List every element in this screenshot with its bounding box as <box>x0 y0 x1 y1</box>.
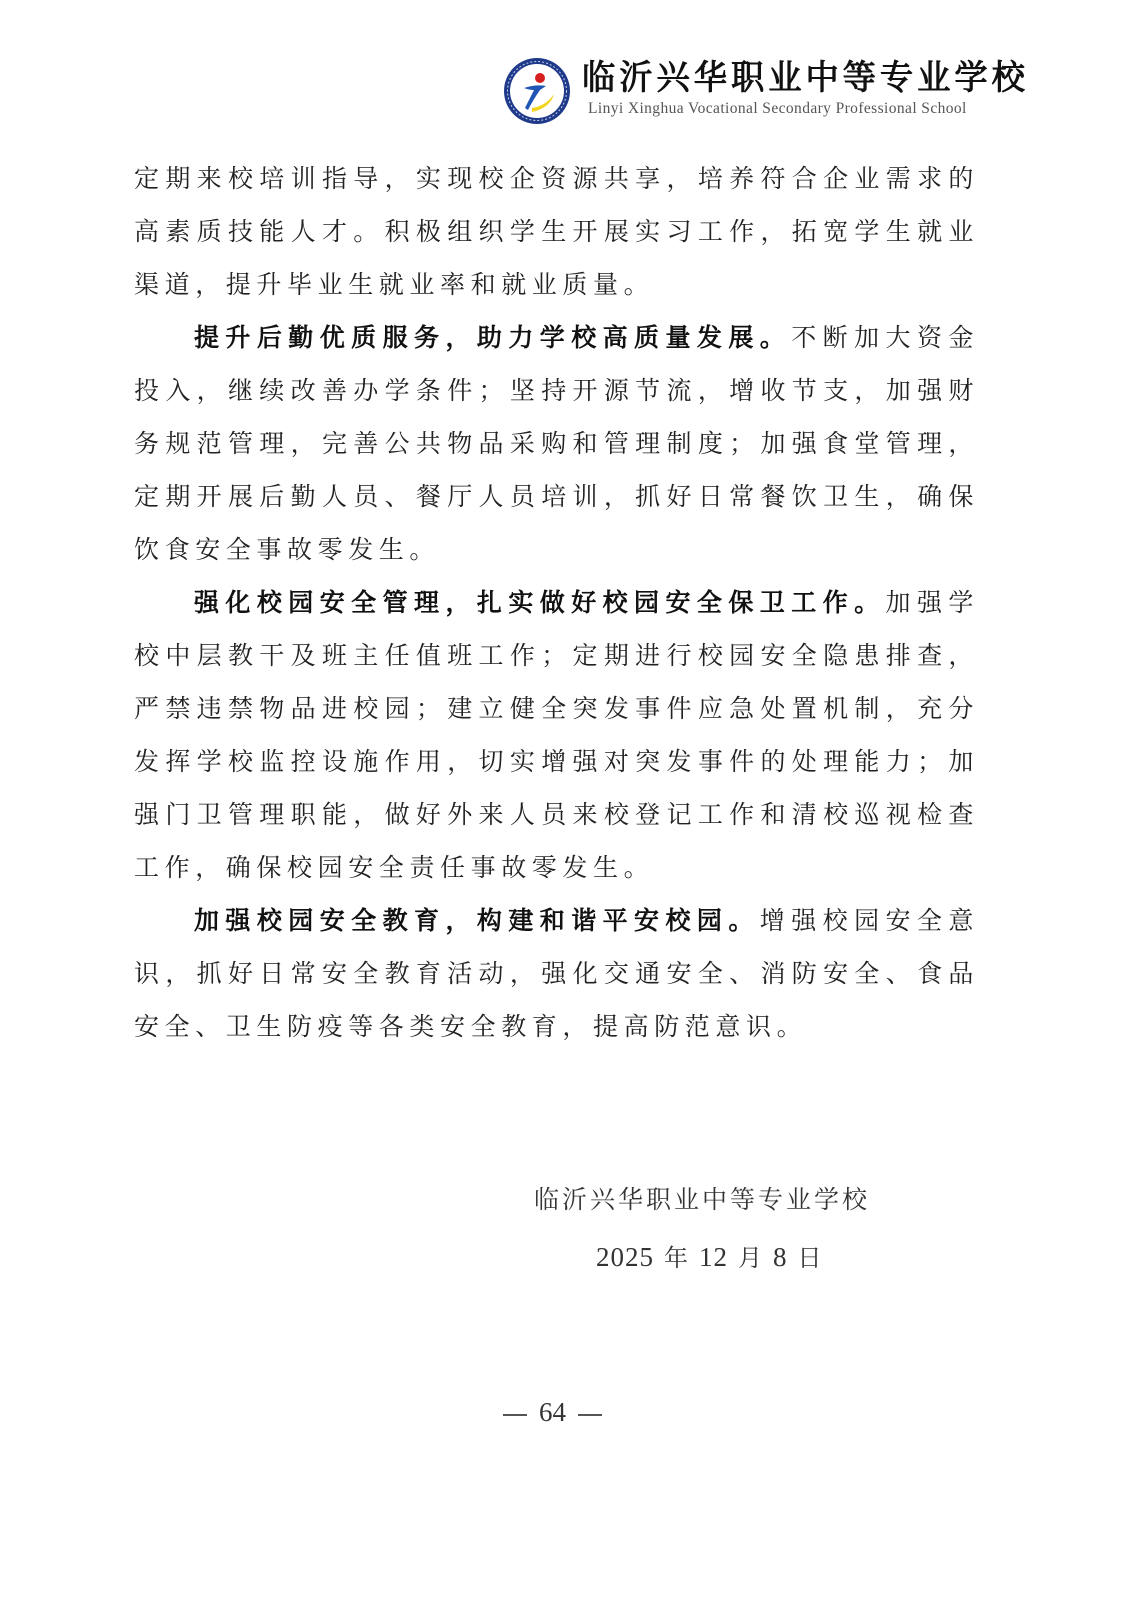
date-year-unit: 年 <box>664 1244 689 1272</box>
paragraph-lead: 强化校园安全管理，扎实做好校园安全保卫工作。 <box>194 588 886 617</box>
paragraph-safety-education: 加强校园安全教育，构建和谐平安校园。增强校园安全意识，抓好日常安全教育活动，强化… <box>134 894 979 1053</box>
date-year: 2025 <box>596 1242 654 1272</box>
page-number: 64 <box>0 1397 1105 1428</box>
paragraph-text: 定期来校培训指导，实现校企资源共享，培养符合企业需求的高素质技能人才。积极组织学… <box>134 164 979 299</box>
paragraph-lead: 提升后勤优质服务，助力学校高质量发展。 <box>194 323 791 352</box>
dash-left <box>503 1414 527 1416</box>
paragraph-1: 定期来校培训指导，实现校企资源共享，培养符合企业需求的高素质技能人才。积极组织学… <box>134 152 979 311</box>
signature-org: 临沂兴华职业中等专业学校 <box>534 1180 870 1216</box>
paragraph-lead: 加强校园安全教育，构建和谐平安校园。 <box>194 906 760 935</box>
school-name-en: Linyi Xinghua Vocational Secondary Profe… <box>588 100 967 118</box>
date-month-unit: 月 <box>738 1244 763 1272</box>
document-body: 定期来校培训指导，实现校企资源共享，培养符合企业需求的高素质技能人才。积极组织学… <box>134 152 979 1053</box>
school-emblem-icon <box>502 56 572 126</box>
dash-right <box>578 1414 602 1416</box>
date-day: 8 <box>773 1242 788 1272</box>
paragraph-safety-management: 强化校园安全管理，扎实做好校园安全保卫工作。加强学校中层教干及班主任值班工作；定… <box>134 576 979 894</box>
page-header: 临沂兴华职业中等专业学校 Linyi Xinghua Vocational Se… <box>502 54 1042 128</box>
paragraph-logistics: 提升后勤优质服务，助力学校高质量发展。不断加大资金投入，继续改善办学条件；坚持开… <box>134 311 979 576</box>
date-month: 12 <box>699 1242 728 1272</box>
signature-date: 2025年12月8日 <box>596 1238 833 1273</box>
date-day-unit: 日 <box>798 1244 823 1272</box>
school-name-cn: 临沂兴华职业中等专业学校 <box>582 58 1029 98</box>
page-number-value: 64 <box>539 1397 566 1427</box>
paragraph-text: 加强学校中层教干及班主任值班工作；定期进行校园安全隐患排查，严禁违禁物品进校园；… <box>134 588 979 882</box>
paragraph-text: 不断加大资金投入，继续改善办学条件；坚持开源节流，增收节支，加强财务规范管理，完… <box>134 323 979 564</box>
